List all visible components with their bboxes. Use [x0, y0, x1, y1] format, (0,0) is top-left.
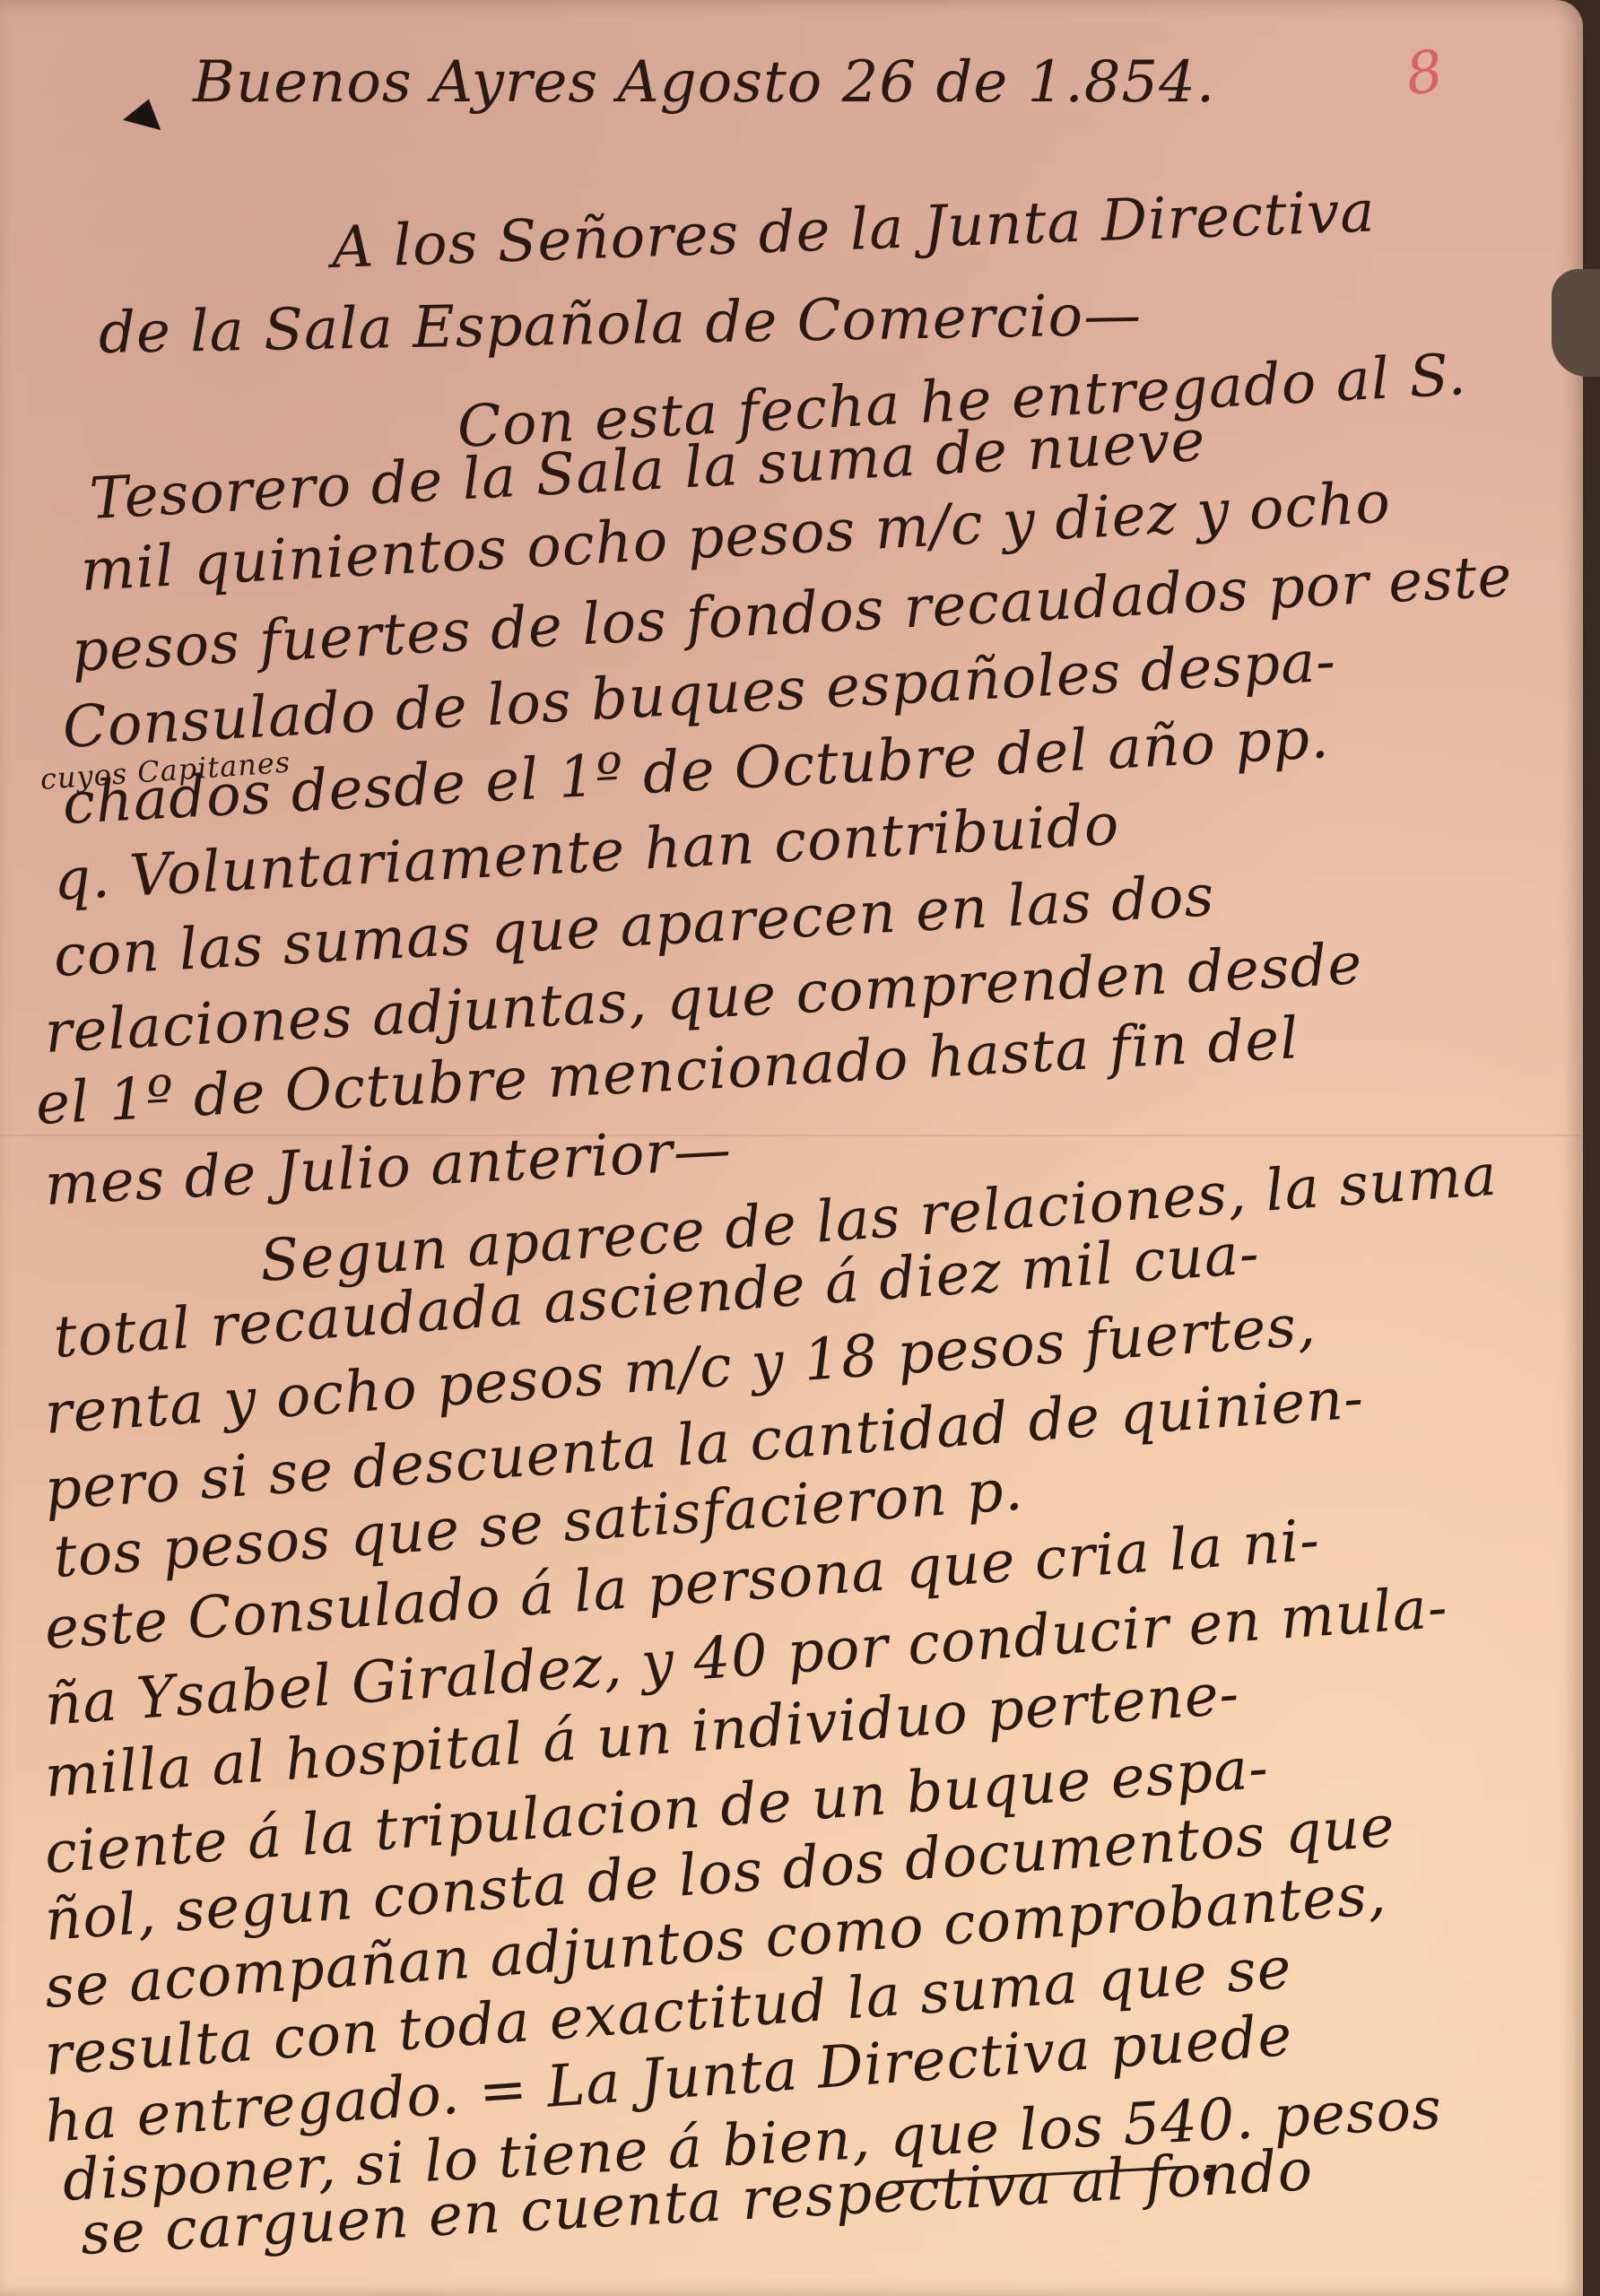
letter-sheet: 8 Buenos Ayres Agosto 26 de 1.854. A los… [0, 0, 1583, 2296]
place-date: Buenos Ayres Agosto 26 de 1.854. [193, 49, 1215, 116]
paper-fold [0, 1135, 1583, 1136]
torn-edge [1552, 269, 1600, 377]
closing-dot [1204, 2169, 1214, 2181]
paper-hole [123, 94, 168, 130]
salutation-line-2: de la Sala Española de Comercio— [98, 283, 1142, 367]
folio-number: 8 [1402, 39, 1448, 109]
salutation-line-1: A los Señores de la Junta Directiva [331, 178, 1377, 282]
